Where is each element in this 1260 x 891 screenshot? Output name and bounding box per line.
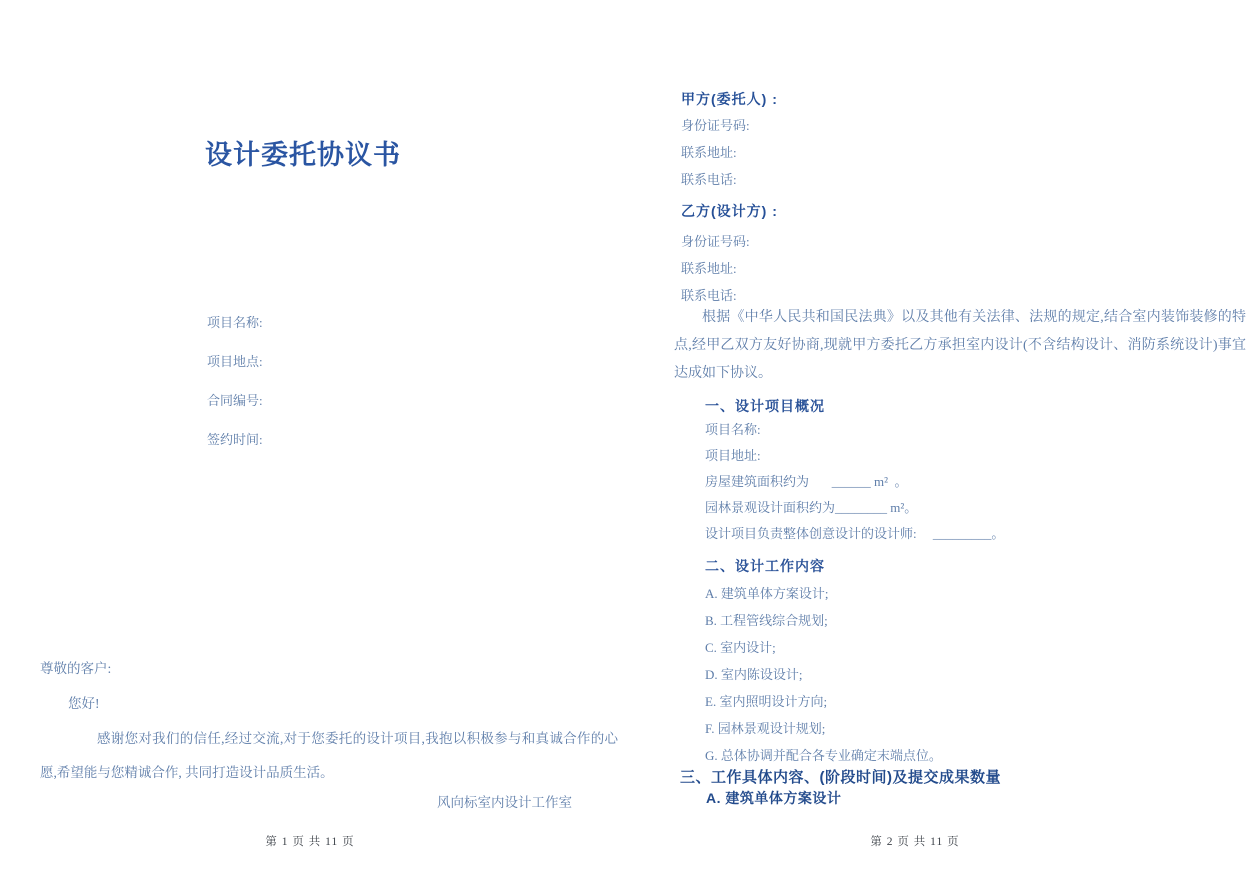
- document-viewer: { "document": { "page1": { "title": "设计委…: [0, 0, 1260, 891]
- landscape-area-line: 园林景观设计面积约为________ m²。: [705, 497, 1004, 523]
- party-a-phone-label: 联系电话:: [681, 169, 778, 196]
- party-a-block: 甲方(委托人) : 身份证号码: 联系地址: 联系电话:: [681, 89, 778, 196]
- section-1-items: 项目名称: 项目地址: 房屋建筑面积约为 ______ m² 。 园林景观设计面…: [705, 419, 1004, 549]
- preamble-paragraph: 根据《中华人民共和国民法典》以及其他有关法律、法规的规定,结合室内装饰装修的特点…: [674, 304, 1246, 388]
- letter-body: 感谢您对我们的信任,经过交流,对于您委托的设计项目,我抱以积极参与和真诚合作的心…: [40, 722, 618, 790]
- project-name-label: 项目名称:: [207, 312, 263, 351]
- work-item-b: B. 工程管线综合规划;: [705, 610, 942, 637]
- section-3-heading: 三、工作具体内容、(阶段时间)及提交成果数量: [680, 766, 1001, 787]
- contract-number-label: 合同编号:: [207, 390, 263, 429]
- signing-date-label: 签约时间:: [207, 429, 263, 468]
- contract-meta-block: 项目名称: 项目地点: 合同编号: 签约时间:: [207, 312, 263, 468]
- section-3-subheading: A. 建筑单体方案设计: [706, 788, 841, 808]
- work-item-c: C. 室内设计;: [705, 637, 942, 664]
- page-2-footer: 第 2 页 共 11 页: [630, 833, 1190, 849]
- designer-line: 设计项目负责整体创意设计的设计师: _________。: [705, 523, 1004, 549]
- project-name-line: 项目名称:: [705, 419, 1004, 445]
- project-address-line: 项目地址:: [705, 445, 1004, 471]
- party-a-id-label: 身份证号码:: [681, 115, 778, 142]
- page-1-footer: 第 1 页 共 11 页: [20, 833, 600, 849]
- page-title: 设计委托协议书: [205, 133, 401, 172]
- section-2-heading: 二、设计工作内容: [705, 556, 825, 576]
- work-item-a: A. 建筑单体方案设计;: [705, 583, 942, 610]
- section-2-items: A. 建筑单体方案设计; B. 工程管线综合规划; C. 室内设计; D. 室内…: [705, 583, 942, 772]
- work-item-f: F. 园林景观设计规划;: [705, 718, 942, 745]
- project-location-label: 项目地点:: [207, 351, 263, 390]
- party-b-block: 乙方(设计方) : 身份证号码: 联系地址: 联系电话:: [681, 201, 778, 312]
- greeting: 您好!: [68, 692, 100, 712]
- party-b-address-label: 联系地址:: [681, 258, 778, 285]
- party-b-id-label: 身份证号码:: [681, 231, 778, 258]
- section-1-heading: 一、设计项目概况: [705, 396, 825, 416]
- page-1: 设计委托协议书 项目名称: 项目地点: 合同编号: 签约时间: 尊敬的客户: 您…: [0, 0, 630, 891]
- party-a-address-label: 联系地址:: [681, 142, 778, 169]
- studio-signature: 风向标室内设计工作室: [437, 791, 572, 811]
- work-item-d: D. 室内陈设设计;: [705, 664, 942, 691]
- party-b-heading: 乙方(设计方) :: [681, 201, 778, 221]
- building-area-line: 房屋建筑面积约为 ______ m² 。: [705, 471, 1004, 497]
- work-item-e: E. 室内照明设计方向;: [705, 691, 942, 718]
- salutation: 尊敬的客户:: [40, 657, 111, 677]
- page-2: 甲方(委托人) : 身份证号码: 联系地址: 联系电话: 乙方(设计方) : 身…: [630, 0, 1260, 891]
- party-a-heading: 甲方(委托人) :: [681, 89, 778, 109]
